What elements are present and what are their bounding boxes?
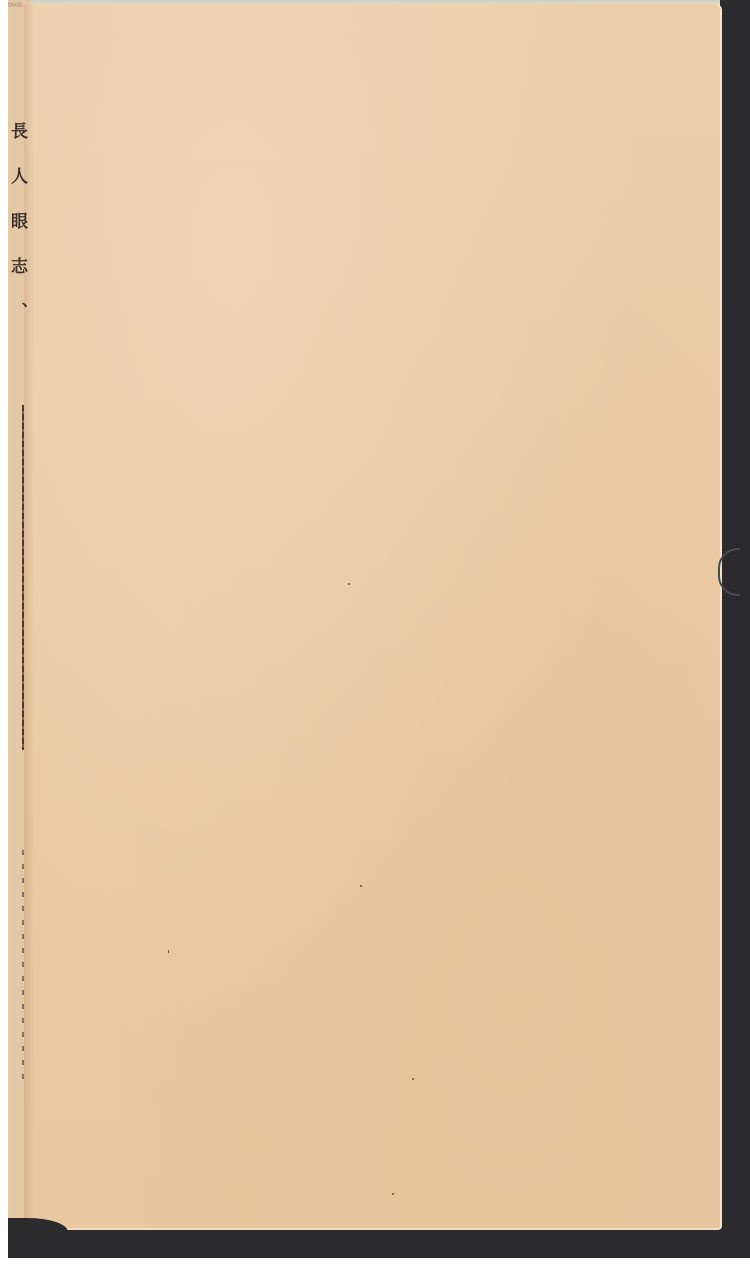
corner-mark: ○○○○ [8, 1, 22, 8]
blank-page [24, 4, 722, 1230]
page-bottom-curl [8, 1218, 68, 1258]
paper-speck [168, 950, 169, 953]
paper-speck [360, 885, 362, 887]
spine-vertical-text: 長 人 眼 志 、 [9, 122, 25, 323]
spine-border-line-faded [22, 850, 24, 1080]
spine-border-line [22, 405, 24, 750]
paper-speck [348, 583, 350, 585]
paper-speck [412, 1078, 414, 1080]
paper-speck [392, 1193, 394, 1195]
